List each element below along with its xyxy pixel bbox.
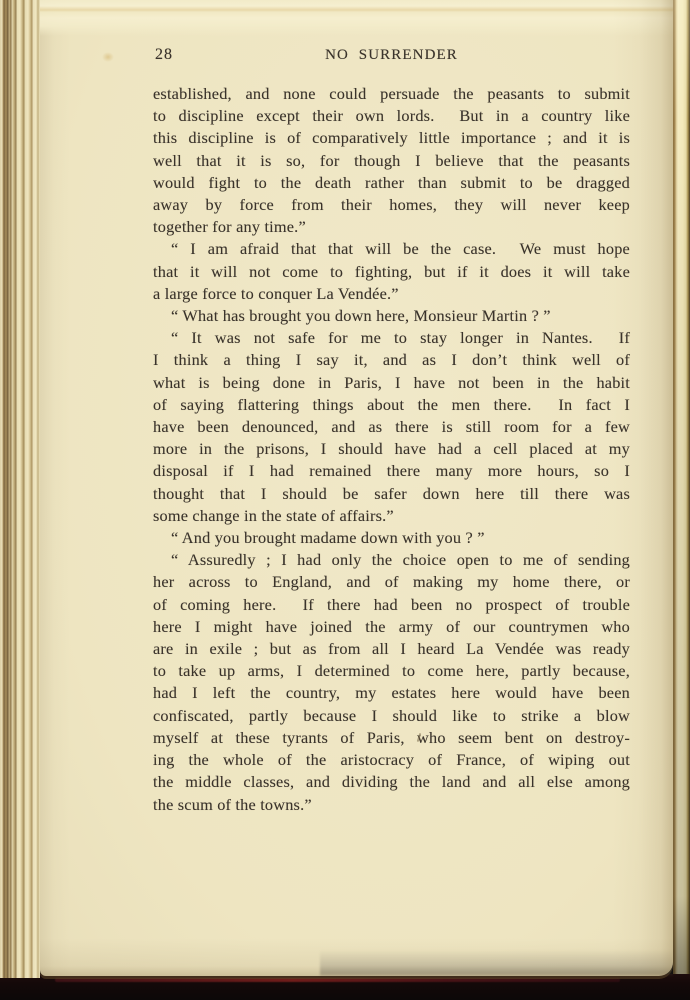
paper-stain [102, 52, 114, 62]
book-page-edges-left [0, 0, 40, 978]
text-line: would fight to the death rather than sub… [153, 172, 630, 194]
page-header: 28 NO SURRENDER [153, 46, 630, 66]
text-line: to take up arms, I determined to come he… [153, 660, 630, 682]
page-text: established, and none could persuade the… [153, 83, 630, 816]
text-line: well that it is so, for though I believe… [153, 150, 630, 172]
text-line: a large force to conquer La Vendée.” [153, 283, 630, 305]
text-line: “ What has brought you down here, Monsie… [153, 305, 630, 327]
running-title: NO SURRENDER [153, 47, 630, 64]
text-line: “ I am afraid that that will be the case… [153, 238, 630, 260]
text-line: to discipline except their own lords. Bu… [153, 105, 630, 127]
text-line: thought that I should be safer down here… [153, 483, 630, 505]
text-line: are in exile ; but as from all I heard L… [153, 638, 630, 660]
text-line: ing the whole of the aristocracy of Fran… [153, 749, 630, 771]
text-line: the middle classes, and dividing the lan… [153, 771, 630, 793]
text-line: what is being done in Paris, I have not … [153, 372, 630, 394]
text-line: that it will not come to fighting, but i… [153, 261, 630, 283]
text-line: I think a thing I say it, and as I don’t… [153, 349, 630, 371]
book-page: 28 NO SURRENDER established, and none co… [40, 0, 673, 976]
text-line: have been denounced, and as there is sti… [153, 416, 630, 438]
text-line: established, and none could persuade the… [153, 83, 630, 105]
book-cover-maroon-edge [55, 978, 620, 982]
text-line: of coming here. If there had been no pro… [153, 594, 630, 616]
text-line: of saying flattering things about the me… [153, 394, 630, 416]
text-line: “ And you brought madame down with you ?… [153, 527, 630, 549]
text-line: this discipline is of comparatively litt… [153, 127, 630, 149]
text-line: some change in the state of affairs.” [153, 505, 630, 527]
text-line: “ Assuredly ; I had only the choice open… [153, 549, 630, 571]
text-line: “ It was not safe for me to stay longer … [153, 327, 630, 349]
text-line: myself at these tyrants of Paris, who se… [153, 727, 630, 749]
text-line: her across to England, and of making my … [153, 571, 630, 593]
page-bottom-shadow [320, 950, 673, 976]
text-line: confiscated, partly because I should lik… [153, 705, 630, 727]
text-line: here I might have joined the army of our… [153, 616, 630, 638]
book-page-photo: 28 NO SURRENDER established, and none co… [0, 0, 690, 1000]
text-line: together for any time.” [153, 216, 630, 238]
text-line: had I left the country, my estates here … [153, 682, 630, 704]
book-page-edge-right [673, 0, 690, 974]
text-line: away by force from their homes, they wil… [153, 194, 630, 216]
text-line: more in the prisons, I should have had a… [153, 438, 630, 460]
text-line: the scum of the towns.” [153, 794, 630, 816]
text-line: disposal if I had remained there many mo… [153, 460, 630, 482]
